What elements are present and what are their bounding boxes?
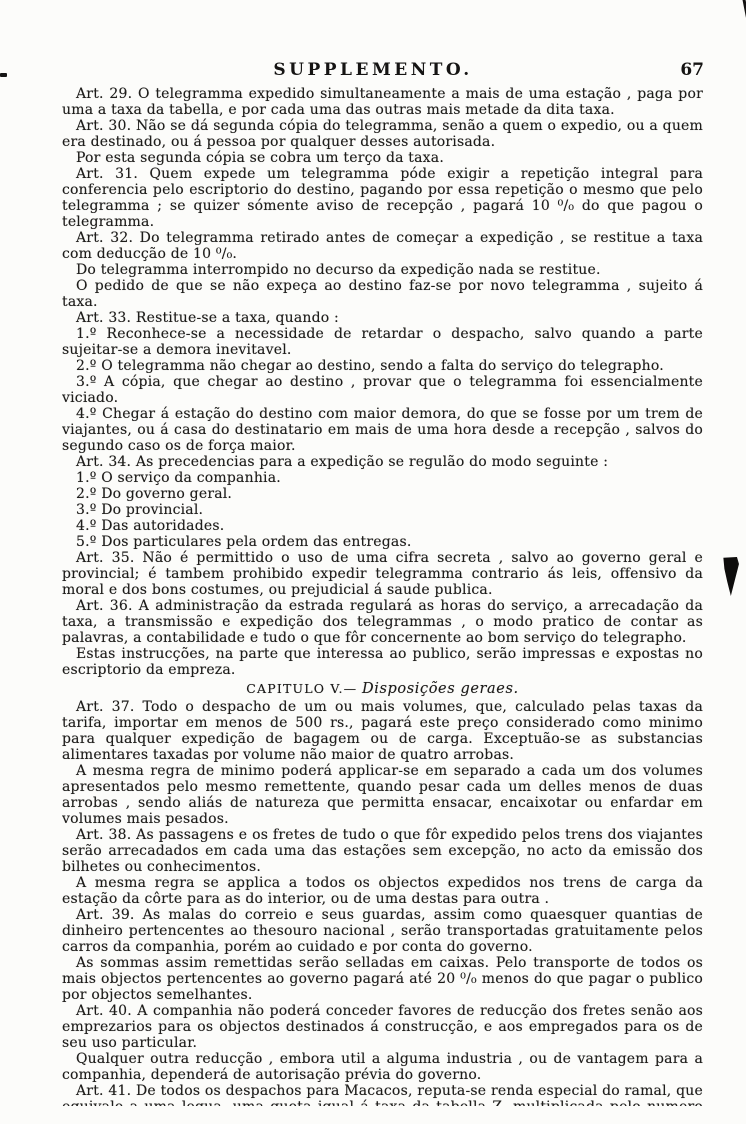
paragraph: Art. 35. Não é permittido o uso de uma c… <box>62 550 703 598</box>
paragraph: Qualquer outra reducção , embora util a … <box>62 1051 703 1083</box>
paragraph: Art. 37. Todo o despacho de um ou mais v… <box>62 699 703 763</box>
page-number: 67 <box>680 60 704 80</box>
ink-dash-mark <box>0 73 7 77</box>
paragraph: 5.º Dos particulares pela ordem das entr… <box>62 534 703 550</box>
chapter-heading: CAPITULO V.— Disposições geraes. <box>62 681 703 697</box>
paragraph: Art. 38. As passagens e os fretes de tud… <box>62 827 703 875</box>
paragraph: Estas instrucções, na parte que interess… <box>62 646 703 678</box>
paragraph: Art. 33. Restitue-se a taxa, quando : <box>62 310 703 326</box>
paragraph: A mesma regra de minimo poderá applicar-… <box>62 763 703 827</box>
chapter-title: Disposições geraes. <box>362 681 519 697</box>
paragraph: 2.º Do governo geral. <box>62 486 703 502</box>
paragraph: 3.º Do provincial. <box>62 502 703 518</box>
paragraph: Art. 40. A companhia não poderá conceder… <box>62 1003 703 1051</box>
chapter-label: CAPITULO V.— <box>246 681 357 696</box>
page-header: SUPPLEMENTO. 67 <box>0 60 746 84</box>
paragraph: Art. 29. O telegramma expedido simultane… <box>62 86 703 118</box>
paragraph: 4.º Das autoridades. <box>62 518 703 534</box>
paragraph: Art. 34. As precedencias para a expediçã… <box>62 454 703 470</box>
ink-stroke-mark <box>742 0 746 29</box>
paragraph: Do telegramma interrompido no decurso da… <box>62 262 703 278</box>
paragraph: Art. 39. As malas do correio e seus guar… <box>62 907 703 955</box>
paragraph: Art. 30. Não se dá segunda cópia do tele… <box>62 118 703 150</box>
paragraph: 2.º O telegramma não chegar ao destino, … <box>62 358 703 374</box>
paragraph: 4.º Chegar á estação do destino com maio… <box>62 406 703 454</box>
page-title: SUPPLEMENTO. <box>0 60 746 80</box>
paragraph: 1.º O serviço da companhia. <box>62 470 703 486</box>
paragraph: Art. 41. De todos os despachos para Maca… <box>62 1083 703 1106</box>
document-page: SUPPLEMENTO. 67 Art. 29. O telegramma ex… <box>0 0 746 1124</box>
paragraph: As sommas assim remettidas serão sellada… <box>62 955 703 1003</box>
paragraph: Art. 36. A administração da estrada regu… <box>62 598 703 646</box>
paragraph: Por esta segunda cópia se cobra um terço… <box>62 150 703 166</box>
paragraph: O pedido de que se não expeça ao destino… <box>62 278 703 310</box>
paragraph: 3.º A cópia, que chegar ao destino , pro… <box>62 374 703 406</box>
document-body: Art. 29. O telegramma expedido simultane… <box>62 86 703 1106</box>
paragraph: Art. 31. Quem expede um telegramma póde … <box>62 166 703 230</box>
ink-blot-mark <box>722 557 739 596</box>
paragraph: 1.º Reconhece-se a necessidade de retard… <box>62 326 703 358</box>
paragraph: A mesma regra se applica a todos os obje… <box>62 875 703 907</box>
paragraph: Art. 32. Do telegramma retirado antes de… <box>62 230 703 262</box>
